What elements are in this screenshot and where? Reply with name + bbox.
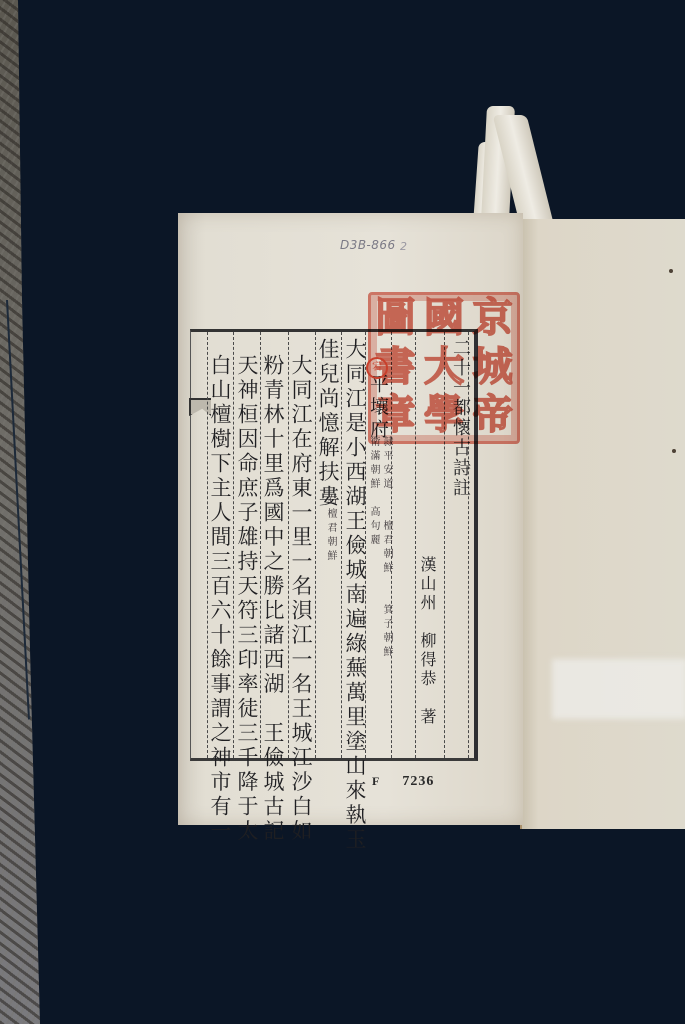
poem-line: 大同江是小西湖王儉城南遍綠蕪萬里塗山來執玉 <box>344 338 365 853</box>
stamp-mark: F <box>372 774 380 788</box>
interlinear-note: 右檀君朝鮮 <box>325 494 335 564</box>
paper-speck <box>672 449 676 453</box>
seal-char: 國 <box>420 295 469 344</box>
small-round-seal: 宕 <box>366 357 388 379</box>
paper-speck <box>669 269 673 273</box>
accession-stamp: F7236 <box>372 774 434 790</box>
column-rule <box>341 332 342 758</box>
commentary-line: 白山檀樹下主人間三百六十餘事謂之神市有一 <box>209 354 230 844</box>
interlinear-note: 衛滿朝鮮 高句麗 <box>368 436 378 548</box>
seal-char: 學 <box>420 392 469 441</box>
library-seal: 京 國 圖 城 大 書 帝 學 章 <box>368 292 520 444</box>
interlinear-note: 隷平安道 檀君朝鮮 箕子朝鮮 <box>381 436 391 660</box>
commentary-line: 大同江在府東一里一名浿江一名王城江沙白如 <box>290 354 311 844</box>
pencil-call-number: D3B-866 <box>340 238 396 252</box>
column-rule <box>233 332 234 758</box>
pencil-mark: 2 <box>400 240 408 253</box>
seal-char: 帝 <box>468 392 517 441</box>
seal-char: 城 <box>468 344 517 393</box>
right-page-blank <box>520 219 685 829</box>
commentary-line: 粉青林十里爲國中之勝比諸西湖 王儉城古記 <box>262 354 283 844</box>
poem-line: 佳兒尚憶解扶婁 <box>317 338 338 510</box>
author-line: 漢山州 柳得恭 著 <box>419 556 435 727</box>
accession-number: 7236 <box>402 774 434 789</box>
seal-char: 京 <box>468 295 517 344</box>
stone-floor-edge <box>0 0 40 1024</box>
paper-stain <box>552 659 685 719</box>
commentary-line: 天神桓因命庶子雄持天符三印率徒三千降于太 <box>236 354 257 844</box>
seal-char: 圖 <box>371 295 420 344</box>
seal-char: 章 <box>371 392 420 441</box>
seal-char: 大 <box>420 344 469 393</box>
